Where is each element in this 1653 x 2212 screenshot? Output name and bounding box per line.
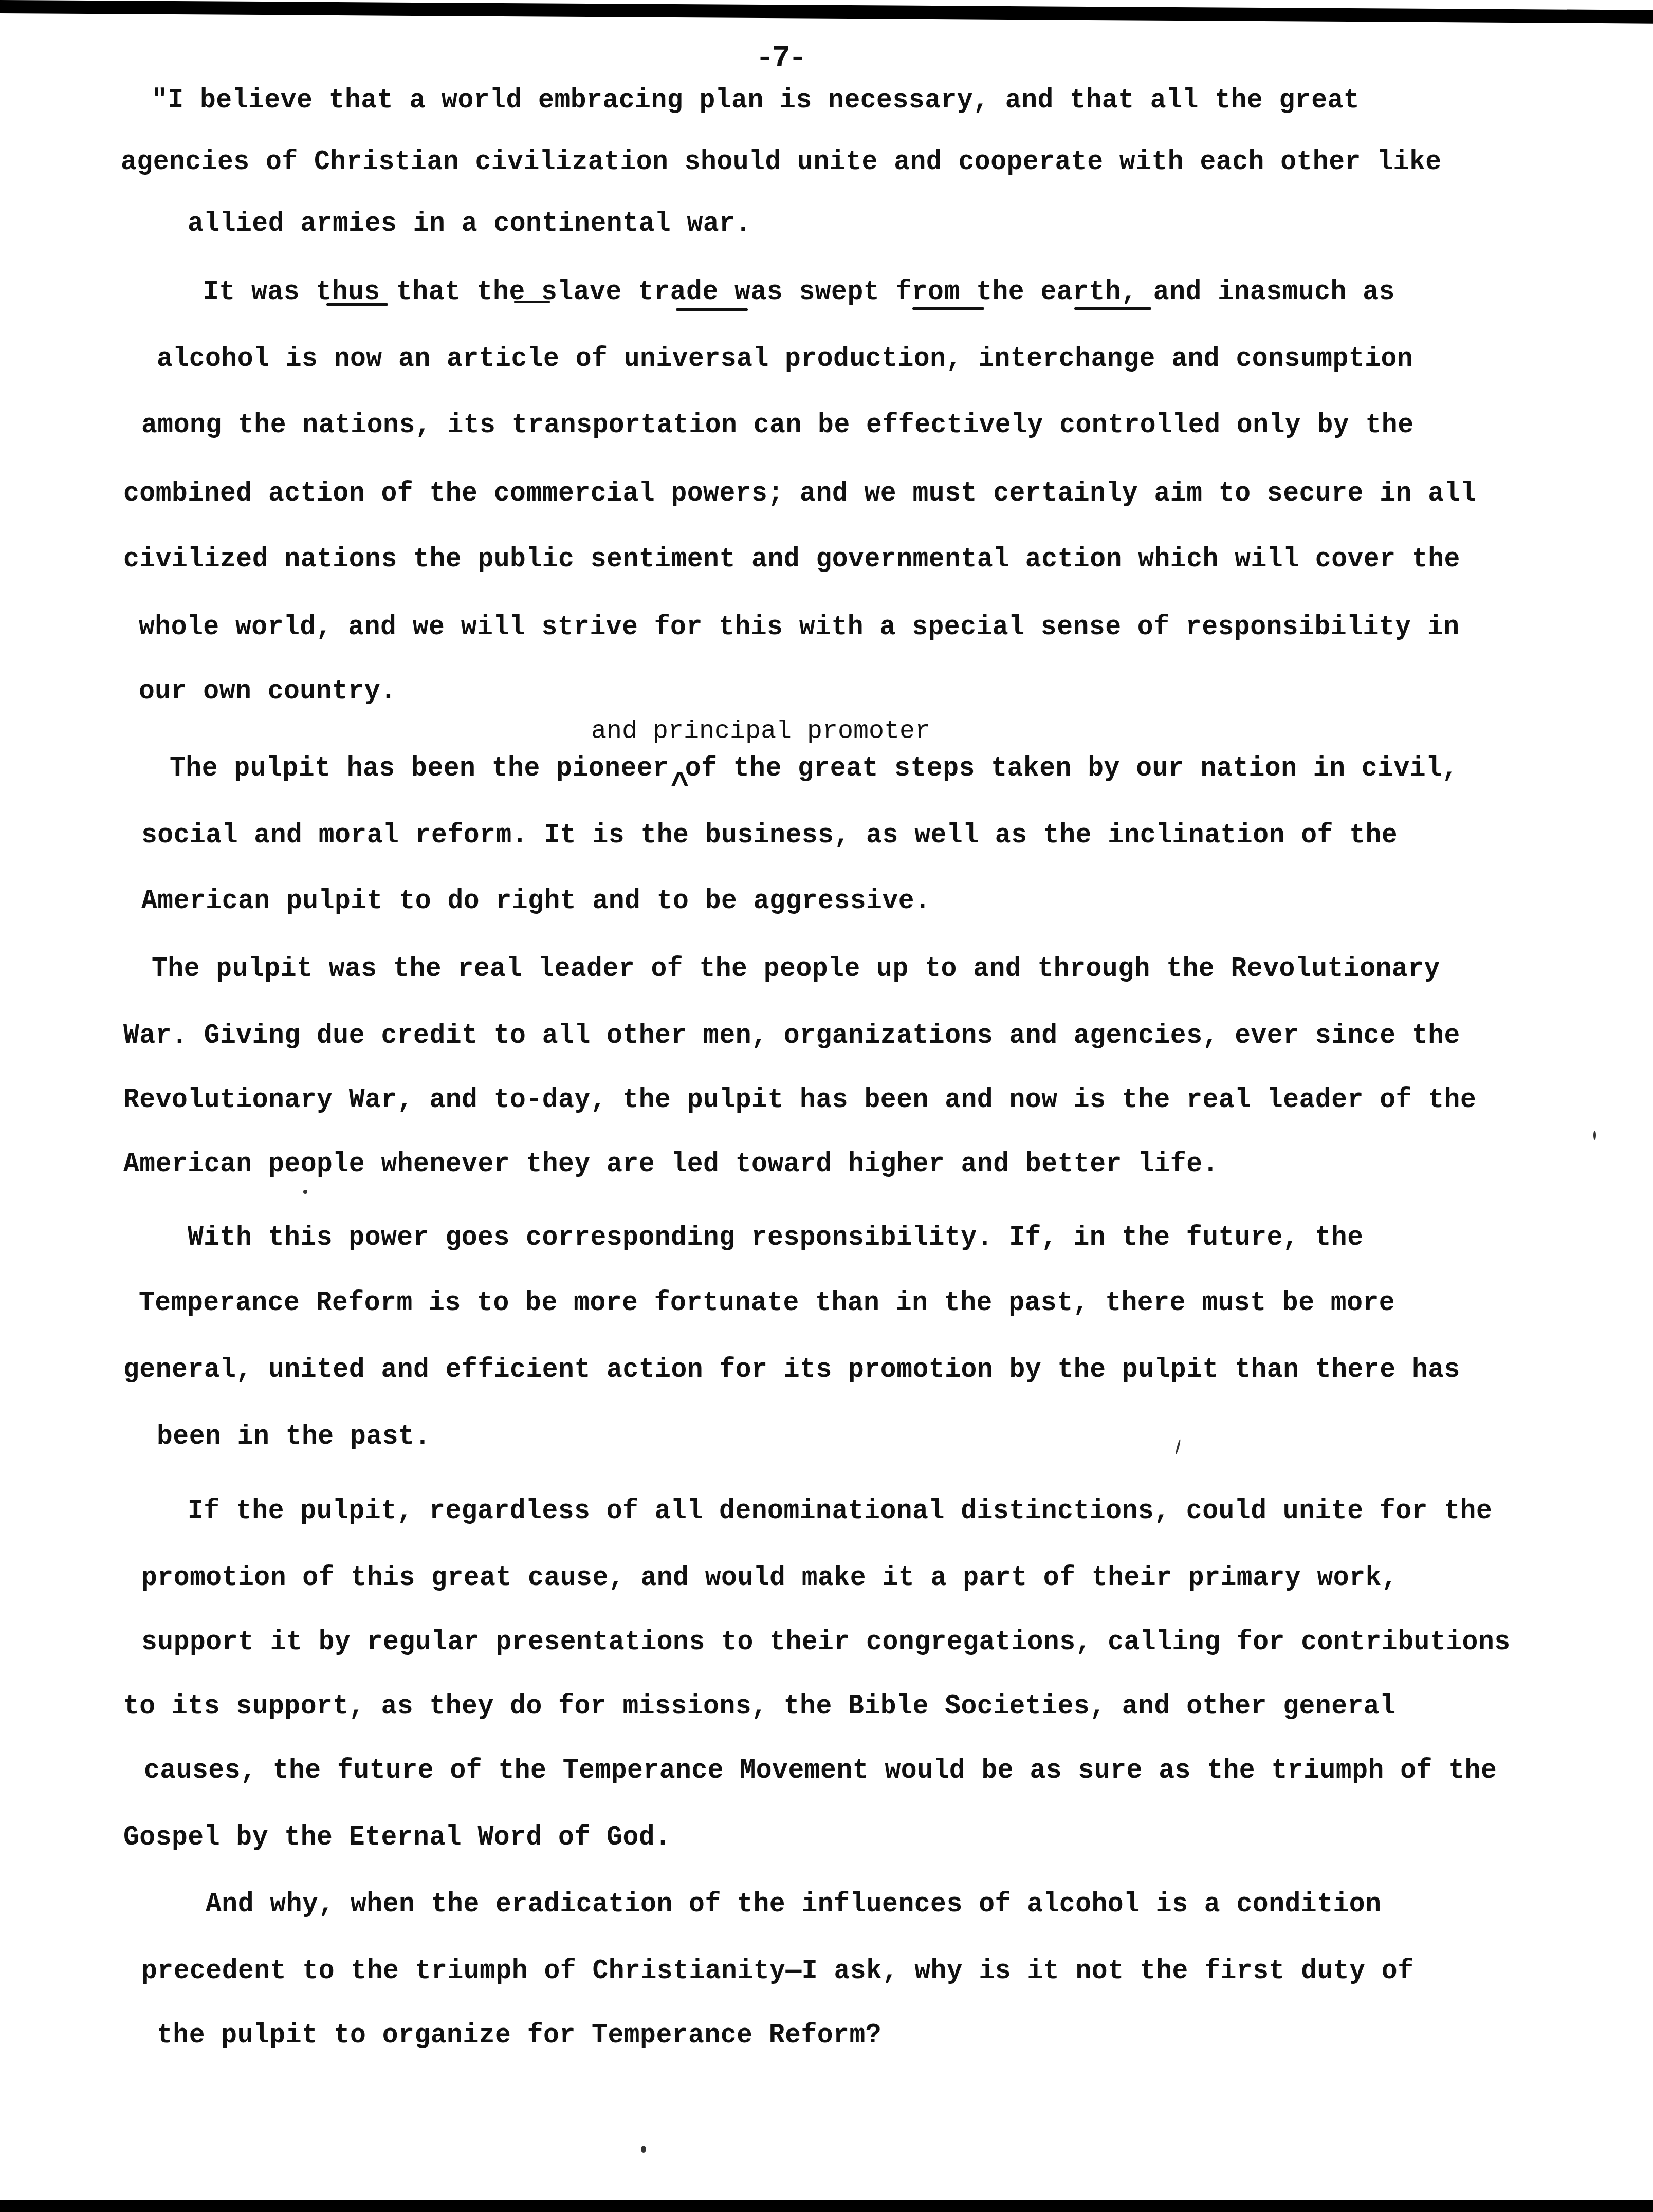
text-line: precedent to the triumph of Christianity… [141, 1956, 1414, 1986]
scan-top-border [0, 0, 1653, 24]
text-line: the pulpit to organize for Temperance Re… [157, 2020, 881, 2051]
underline-mark [912, 307, 984, 310]
scan-speck [1593, 1131, 1596, 1140]
text-line: been in the past. [157, 1421, 431, 1452]
text-line: support it by regular presentations to t… [141, 1627, 1511, 1657]
handwritten-insertion: and principal promoter [591, 717, 930, 746]
text-line: allied armies in a continental war. [188, 208, 751, 239]
text-line: American people whenever they are led to… [123, 1149, 1219, 1179]
page-number: -7- [756, 41, 805, 76]
text-line: The pulpit was the real leader of the pe… [152, 953, 1440, 984]
text-line: civilized nations the public sentiment a… [123, 544, 1460, 575]
text-line: agencies of Christian civilization shoul… [121, 146, 1442, 177]
text-line: American pulpit to do right and to be ag… [141, 886, 930, 916]
text-line: causes, the future of the Temperance Mov… [144, 1755, 1497, 1786]
text-line: "I believe that a world embracing plan i… [152, 85, 1360, 116]
text-line: Gospel by the Eternal Word of God. [123, 1822, 671, 1853]
text-line: The pulpit has been the pioneer of the g… [170, 753, 1458, 784]
underline-mark [676, 308, 748, 311]
text-line: general, united and efficient action for… [123, 1354, 1460, 1385]
scan-bottom-border [0, 2200, 1653, 2212]
text-line: promotion of this great cause, and would… [141, 1562, 1398, 1593]
text-line: our own country. [139, 676, 396, 707]
underline-mark [326, 303, 388, 306]
text-line: It was thus that the slave trade was swe… [203, 276, 1395, 307]
scan-speck [303, 1190, 307, 1194]
text-line: combined action of the commercial powers… [123, 478, 1476, 509]
scan-speck [641, 2146, 646, 2153]
text-line: Temperance Reform is to be more fortunat… [139, 1287, 1395, 1318]
text-line: whole world, and we will strive for this… [139, 612, 1460, 642]
underline-mark [514, 301, 550, 303]
text-line: With this power goes corresponding respo… [188, 1222, 1364, 1253]
text-line: And why, when the eradication of the inf… [206, 1889, 1382, 1920]
text-line: War. Giving due credit to all other men,… [123, 1020, 1460, 1051]
text-line: to its support, as they do for missions,… [123, 1691, 1396, 1722]
text-line: social and moral reform. It is the busin… [141, 820, 1398, 851]
text-line: If the pulpit, regardless of all denomin… [188, 1496, 1492, 1526]
insertion-caret: ^ [671, 768, 689, 803]
text-line: alcohol is now an article of universal p… [157, 343, 1413, 374]
text-line: among the nations, its transportation ca… [141, 410, 1414, 440]
underline-mark [1074, 307, 1151, 310]
text-line: Revolutionary War, and to-day, the pulpi… [123, 1084, 1476, 1115]
scan-speck [1175, 1439, 1181, 1454]
